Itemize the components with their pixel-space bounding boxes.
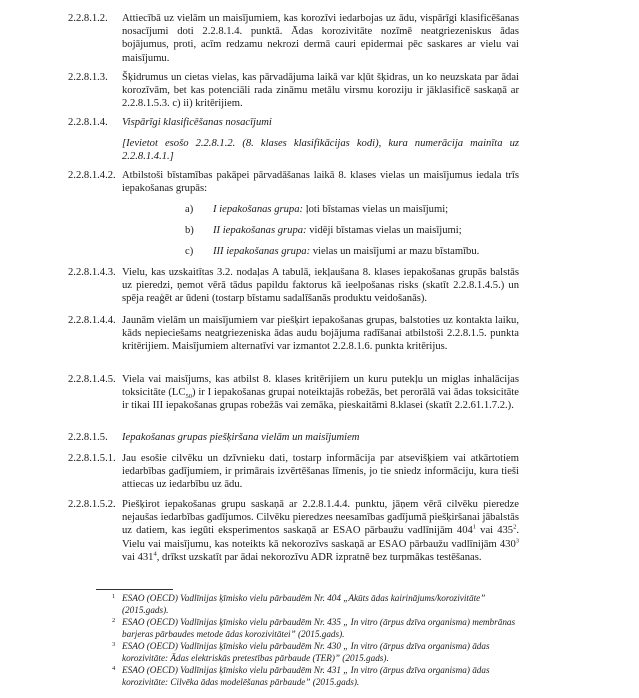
text-part: , drīkst uzskatīt par ādai nekorozīvu AD…	[157, 552, 482, 563]
section-number: 2.2.8.1.4.2.	[68, 169, 116, 182]
section-text: Viela vai maisījums, kas atbilst 8. klas…	[122, 373, 519, 413]
section-2-2-8-1-4-5: 2.2.8.1.4.5. Viela vai maisījums, kas at…	[68, 373, 519, 413]
section-number: 2.2.8.1.5.	[68, 431, 108, 444]
packing-group-desc: ļoti bīstamas vielas un maisījumi;	[303, 204, 448, 215]
packing-group-desc: vielas un maisījumi ar mazu bīstamību.	[310, 246, 479, 257]
section-2-2-8-1-3: 2.2.8.1.3. Šķidrumus un cietas vielas, k…	[68, 71, 519, 111]
packing-group-desc: vidēji bīstamas vielas un maisījumi;	[307, 225, 462, 236]
section-number: 2.2.8.1.5.1.	[68, 452, 116, 465]
footnote-ref-3[interactable]: 3	[516, 537, 519, 544]
section-text: Vielu, kas uzskaitītas 3.2. nodaļas A ta…	[122, 266, 519, 306]
section-number: 2.2.8.1.3.	[68, 71, 108, 84]
section-text: Jaunām vielām un maisījumiem var piešķir…	[122, 314, 519, 354]
section-2-2-8-1-5-1: 2.2.8.1.5.1. Jau esošie cilvēku un dzīvn…	[68, 452, 519, 492]
packing-group-label: II iepakošanas grupa:	[213, 225, 307, 236]
footnote-1: 1 ESAO (OECD) Vadlīnijas ķīmisko vielu p…	[112, 593, 532, 616]
section-2-2-8-1-4-4: 2.2.8.1.4.4. Jaunām vielām un maisījumie…	[68, 314, 519, 354]
footnote-separator	[96, 589, 173, 590]
section-number: 2.2.8.1.4.5.	[68, 373, 116, 386]
footnote-mark: 4	[112, 663, 115, 675]
packing-group-label: III iepakošanas grupa:	[213, 246, 310, 257]
footnote-mark: 3	[112, 639, 115, 651]
list-marker: a)	[185, 203, 193, 216]
list-marker: b)	[185, 224, 194, 237]
section-2-2-8-1-5: 2.2.8.1.5. Iepakošanas grupas piešķiršan…	[68, 431, 519, 444]
section-text: Šķidrumus un cietas vielas, kas pārvadāj…	[122, 71, 519, 111]
footnote-text: ESAO (OECD) Vadlīnijas ķīmisko vielu pār…	[122, 641, 532, 664]
section-text: Jau esošie cilvēku un dzīvnieku dati, to…	[122, 452, 519, 492]
section-number: 2.2.8.1.4.4.	[68, 314, 116, 327]
section-heading: Vispārīgi klasificēšanas nosacījumi	[122, 116, 519, 129]
packing-group-label: I iepakošanas grupa:	[213, 204, 303, 215]
editorial-note: [Ievietot esošo 2.2.8.1.2. (8. klases kl…	[122, 137, 519, 163]
text-part: Piešķirot iepakošanas grupu saskaņā ar 2…	[122, 499, 519, 536]
list-item-a: a) I iepakošanas grupa: ļoti bīstamas vi…	[185, 203, 519, 216]
footnote-mark: 2	[112, 615, 115, 627]
footnote-text: ESAO (OECD) Vadlīnijas ķīmisko vielu pār…	[122, 665, 532, 688]
section-number: 2.2.8.1.4.	[68, 116, 108, 129]
section-number: 2.2.8.1.4.3.	[68, 266, 116, 279]
section-text: Attiecībā uz vielām un maisījumiem, kas …	[122, 12, 519, 65]
footnote-3: 3 ESAO (OECD) Vadlīnijas ķīmisko vielu p…	[112, 641, 532, 664]
section-text: Piešķirot iepakošanas grupu saskaņā ar 2…	[122, 498, 519, 564]
section-2-2-8-1-4: 2.2.8.1.4. Vispārīgi klasificēšanas nosa…	[68, 116, 519, 129]
list-marker: c)	[185, 245, 193, 258]
section-2-2-8-1-4-note: [Ievietot esošo 2.2.8.1.2. (8. klases kl…	[68, 137, 519, 163]
section-2-2-8-1-4-3: 2.2.8.1.4.3. Vielu, kas uzskaitītas 3.2.…	[68, 266, 519, 306]
section-heading: Iepakošanas grupas piešķiršana vielām un…	[122, 431, 519, 444]
section-2-2-8-1-5-2: 2.2.8.1.5.2. Piešķirot iepakošanas grupu…	[68, 498, 519, 564]
list-item-c: c) III iepakošanas grupa: vielas un mais…	[185, 245, 519, 258]
text-part: vai 435	[476, 525, 513, 536]
section-2-2-8-1-4-2: 2.2.8.1.4.2. Atbilstoši bīstamības pakāp…	[68, 169, 519, 195]
footnote-mark: 1	[112, 591, 115, 603]
footnote-text: ESAO (OECD) Vadlīnijas ķīmisko vielu pār…	[122, 593, 532, 616]
footnote-4: 4 ESAO (OECD) Vadlīnijas ķīmisko vielu p…	[112, 665, 532, 688]
section-number: 2.2.8.1.2.	[68, 12, 108, 25]
footnote-text: ESAO (OECD) Vadlīnijas ķīmisko vielu pār…	[122, 617, 532, 640]
section-2-2-8-1-2: 2.2.8.1.2. Attiecībā uz vielām un maisīj…	[68, 12, 519, 65]
list-item-b: b) II iepakošanas grupa: vidēji bīstamas…	[185, 224, 519, 237]
text-part: vai 431	[122, 552, 153, 563]
section-text: Atbilstoši bīstamības pakāpei pārvadāšan…	[122, 169, 519, 195]
section-number: 2.2.8.1.5.2.	[68, 498, 116, 511]
document-page: 2.2.8.1.2. Attiecībā uz vielām un maisīj…	[0, 0, 639, 698]
footnote-2: 2 ESAO (OECD) Vadlīnijas ķīmisko vielu p…	[112, 617, 532, 640]
